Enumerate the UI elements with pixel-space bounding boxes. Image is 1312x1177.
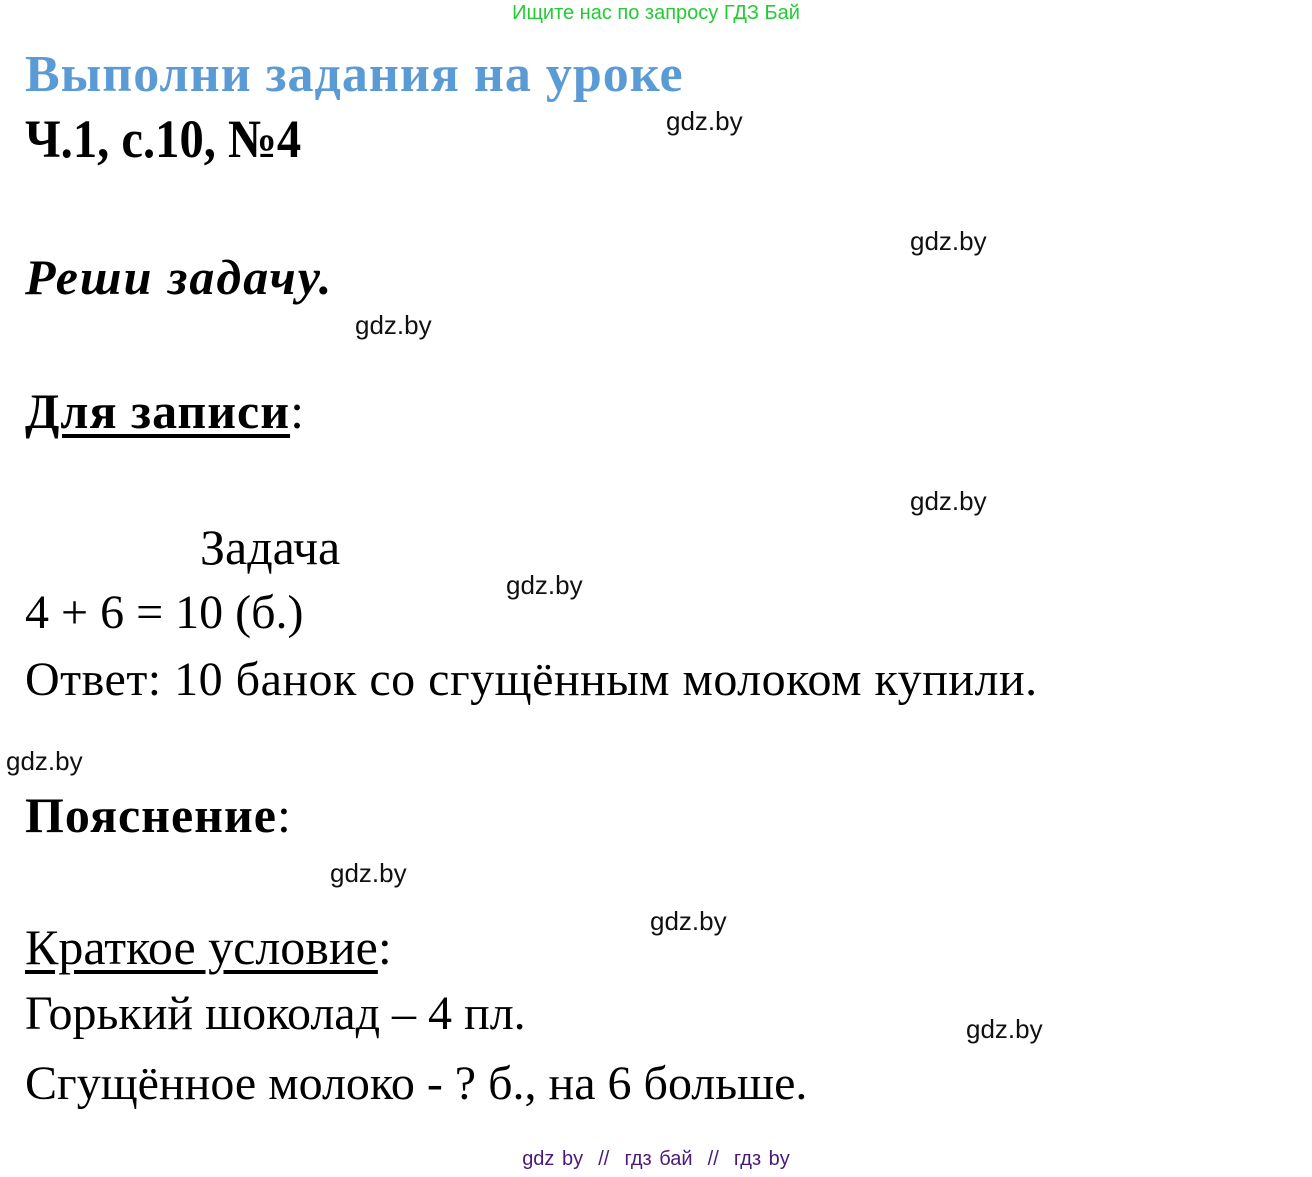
footer-links[interactable]: gdz by // гдз бай // гдз by <box>0 1148 1312 1171</box>
watermark: gdz.by <box>910 486 987 517</box>
watermark: gdz.by <box>355 310 432 341</box>
for-record-text: Для записи <box>25 383 290 439</box>
condition-line: Сгущённое молоко - ? б., на 6 больше. <box>25 1056 807 1111</box>
watermark: gdz.by <box>910 226 987 257</box>
watermark: gdz.by <box>666 106 743 137</box>
task-instruction: Реши задачу. <box>25 248 333 306</box>
explanation-label: Пояснение: <box>25 786 292 844</box>
watermark: gdz.by <box>650 906 727 937</box>
watermark: gdz.by <box>966 1014 1043 1045</box>
watermark: gdz.by <box>506 570 583 601</box>
explanation-text: Пояснение <box>25 787 277 843</box>
section-reference: Ч.1, с.10, №4 <box>25 108 301 170</box>
solution-equation: 4 + 6 = 10 (б.) <box>25 585 304 640</box>
colon: : <box>277 787 292 843</box>
condition-text: Краткое условие <box>25 919 378 975</box>
colon: : <box>290 383 305 439</box>
for-record-label: Для записи: <box>25 382 305 440</box>
condition-label: Краткое условие: <box>25 918 392 976</box>
task-title: Задача <box>200 518 340 576</box>
watermark: gdz.by <box>6 746 83 777</box>
watermark: gdz.by <box>330 858 407 889</box>
answer-text: Ответ: 10 банок со сгущённым молоком куп… <box>25 652 1038 707</box>
search-hint-link[interactable]: Ищите нас по запросу ГДЗ Бай <box>0 2 1312 25</box>
condition-line: Горький шоколад – 4 пл. <box>25 986 526 1041</box>
page-title: Выполни задания на уроке <box>25 45 684 104</box>
colon: : <box>378 919 392 975</box>
